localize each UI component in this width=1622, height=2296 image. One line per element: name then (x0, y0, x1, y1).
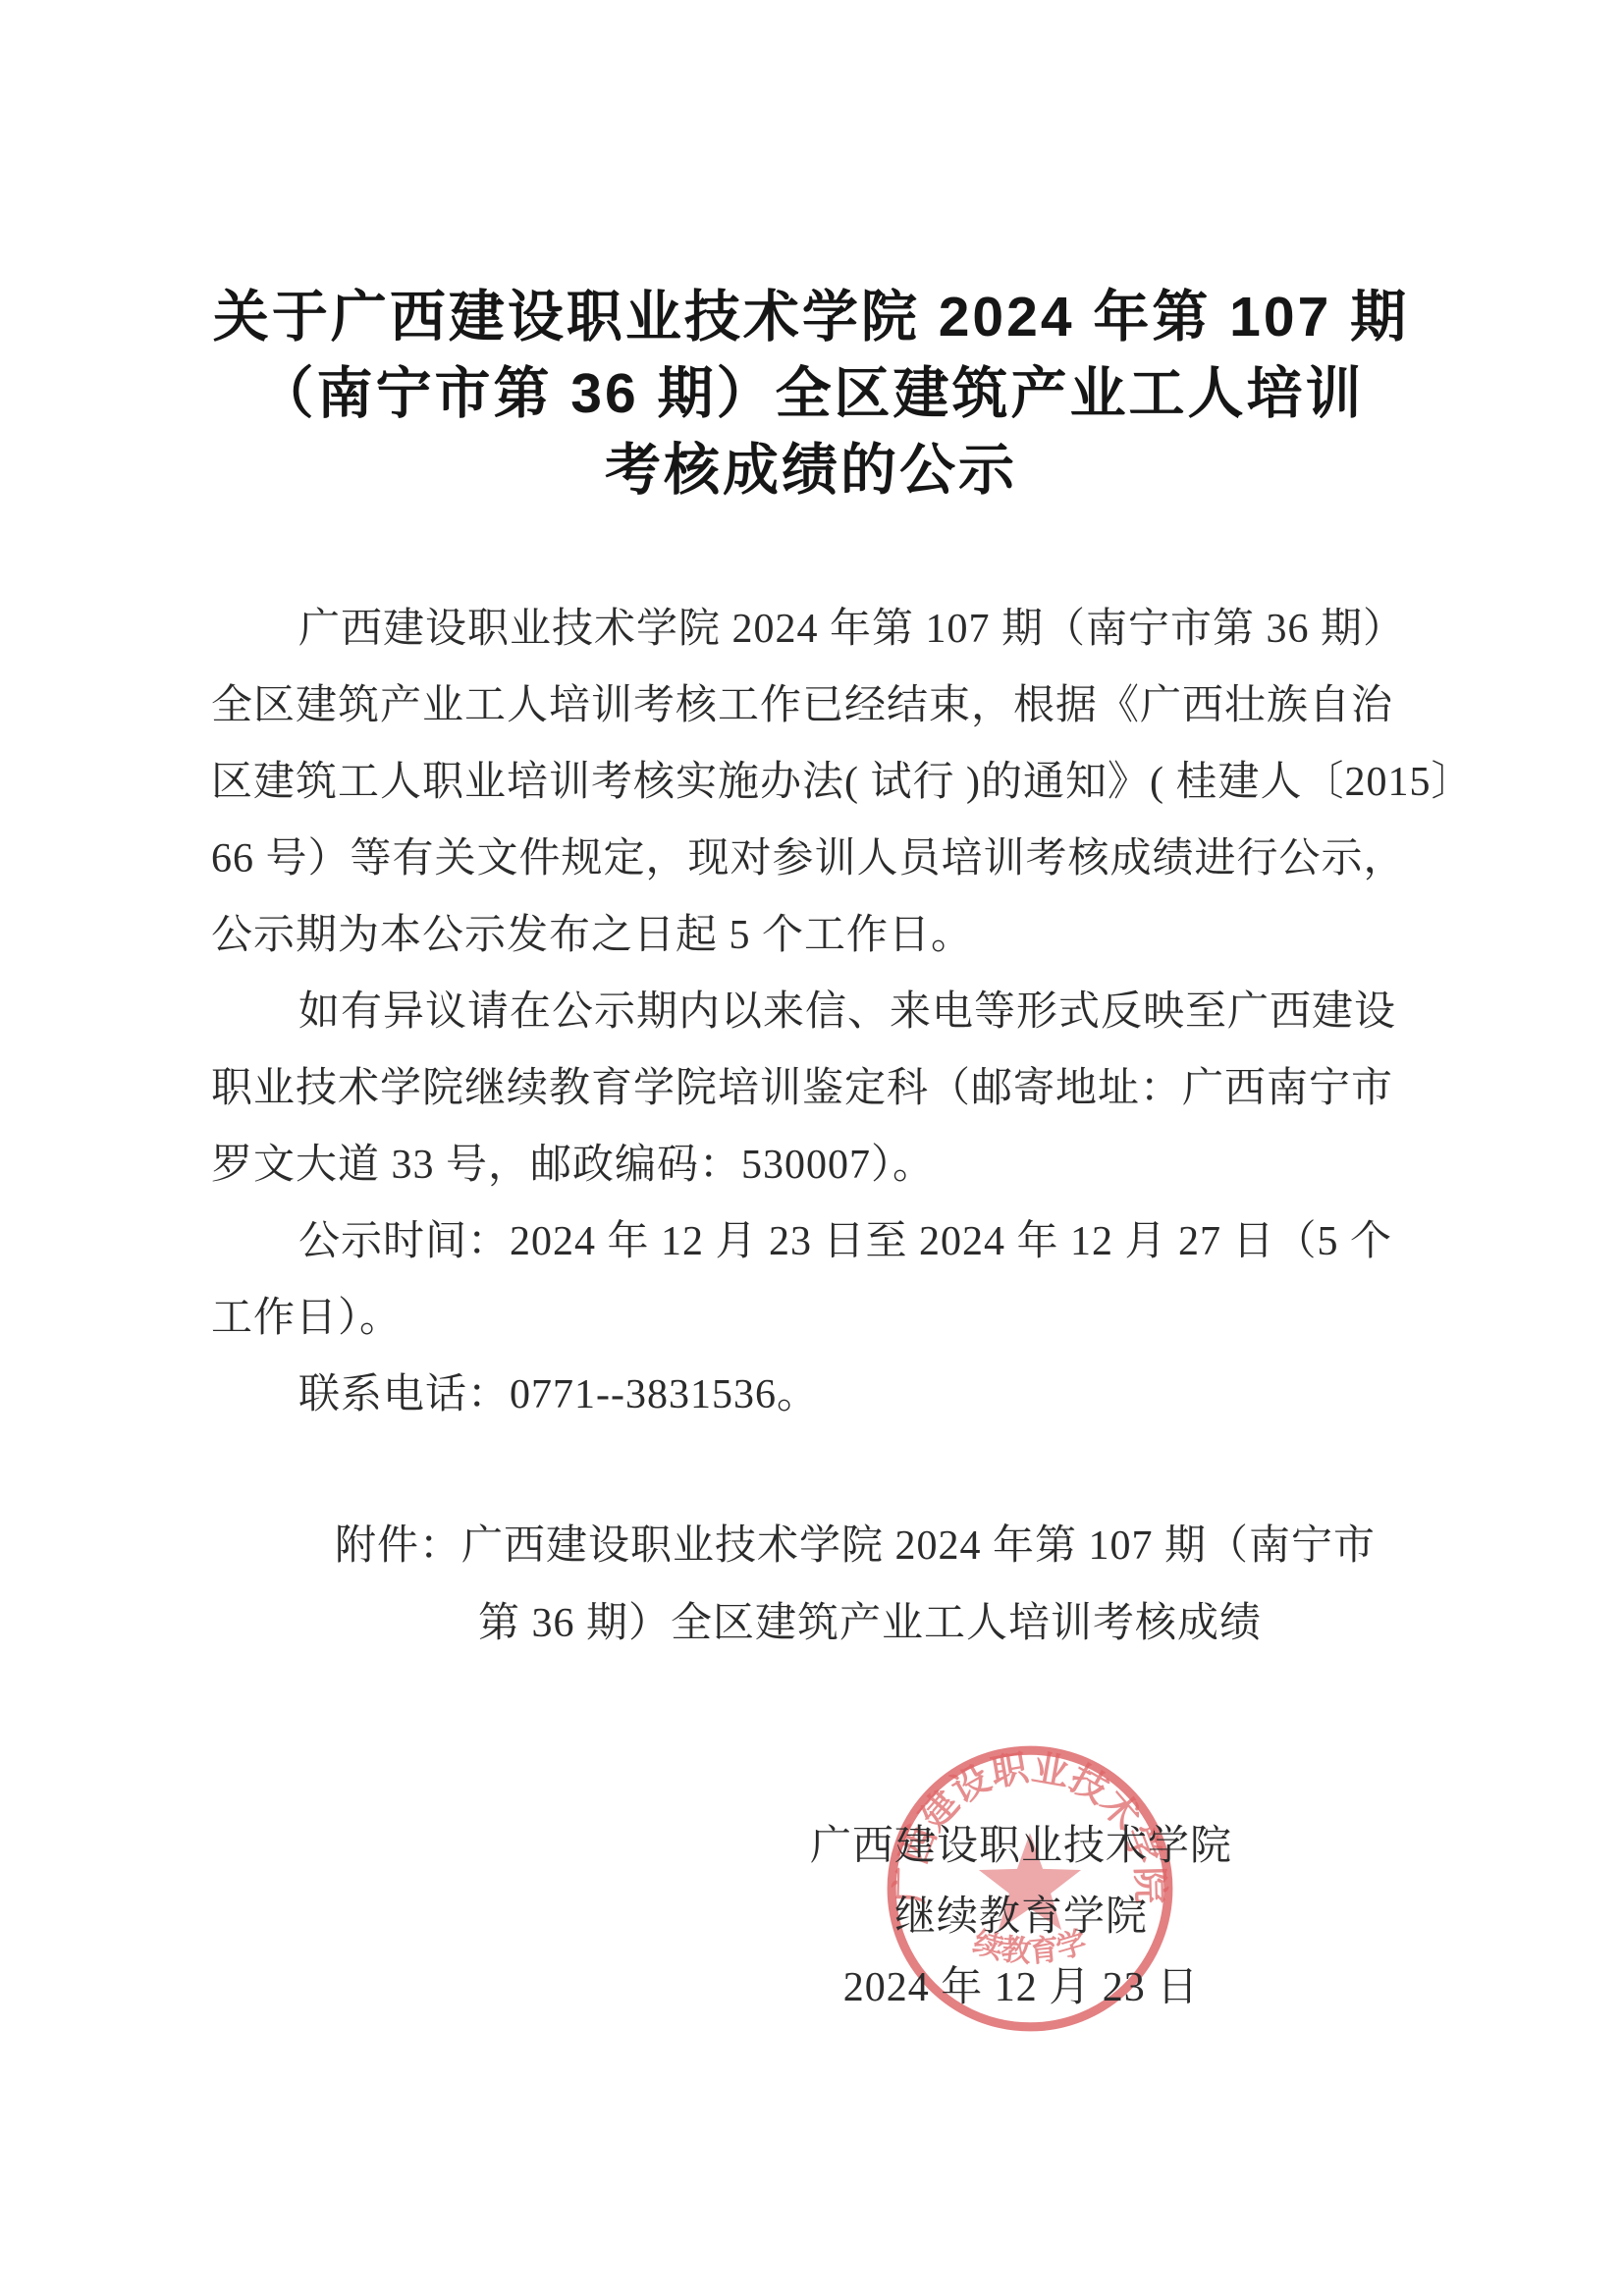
attachment-line2: 第 36 期）全区建筑产业工人培训考核成绩 (211, 1585, 1436, 1663)
paragraph2-line2: 职业技术学院继续教育学院培训鉴定科（邮寄地址：广西南宁市 (211, 1050, 1436, 1127)
paragraph3-line1: 公示时间：2024 年 12 月 23 日至 2024 年 12 月 27 日（… (211, 1203, 1436, 1280)
paragraph1-line4: 66 号）等有关文件规定，现对参训人员培训考核成绩进行公示， (211, 821, 1436, 897)
paragraph1-line2: 全区建筑产业工人培训考核工作已经结束，根据《广西壮族自治 (211, 667, 1436, 744)
attachment-line1: 附件：广西建设职业技术学院 2024 年第 107 期（南宁市 (211, 1508, 1436, 1585)
paragraph1-line3: 区建筑工人职业培训考核实施办法( 试行 )的通知》( 桂建人〔2015〕 (211, 744, 1436, 821)
paragraph2-line1: 如有异议请在公示期内以来信、来电等形式反映至广西建设 (211, 974, 1436, 1050)
signature-org-line2: 继续教育学院 (609, 1882, 1433, 1952)
title-line-1: 关于广西建设职业技术学院 2024 年第 107 期 (0, 279, 1622, 355)
paragraph2-line3: 罗文大道 33 号，邮政编码：530007）。 (211, 1127, 1436, 1203)
paragraph1-line5: 公示期为本公示发布之日起 5 个工作日。 (211, 897, 1436, 974)
title-line-2: （南宁市第 36 期）全区建筑产业工人培训 (0, 355, 1622, 432)
document-body: 广西建设职业技术学院 2024 年第 107 期（南宁市第 36 期） 全区建筑… (211, 591, 1436, 1433)
paragraph4-line1: 联系电话：0771--3831536。 (211, 1357, 1436, 1433)
paragraph3-line2: 工作日）。 (211, 1280, 1436, 1357)
signature-date: 2024 年 12 月 23 日 (609, 1952, 1433, 2023)
paragraph1-line1: 广西建设职业技术学院 2024 年第 107 期（南宁市第 36 期） (211, 591, 1436, 667)
attachment-note: 附件：广西建设职业技术学院 2024 年第 107 期（南宁市 第 36 期）全… (211, 1508, 1436, 1663)
document-title: 关于广西建设职业技术学院 2024 年第 107 期 （南宁市第 36 期）全区… (0, 279, 1622, 508)
signature-block: 广西建设职业技术学院 继续教育学院 2024 年 12 月 23 日 (609, 1811, 1433, 2023)
scanned-announcement-page: 关于广西建设职业技术学院 2024 年第 107 期 （南宁市第 36 期）全区… (0, 0, 1622, 2296)
title-line-3: 考核成绩的公示 (0, 432, 1622, 508)
signature-org-line1: 广西建设职业技术学院 (609, 1811, 1433, 1882)
